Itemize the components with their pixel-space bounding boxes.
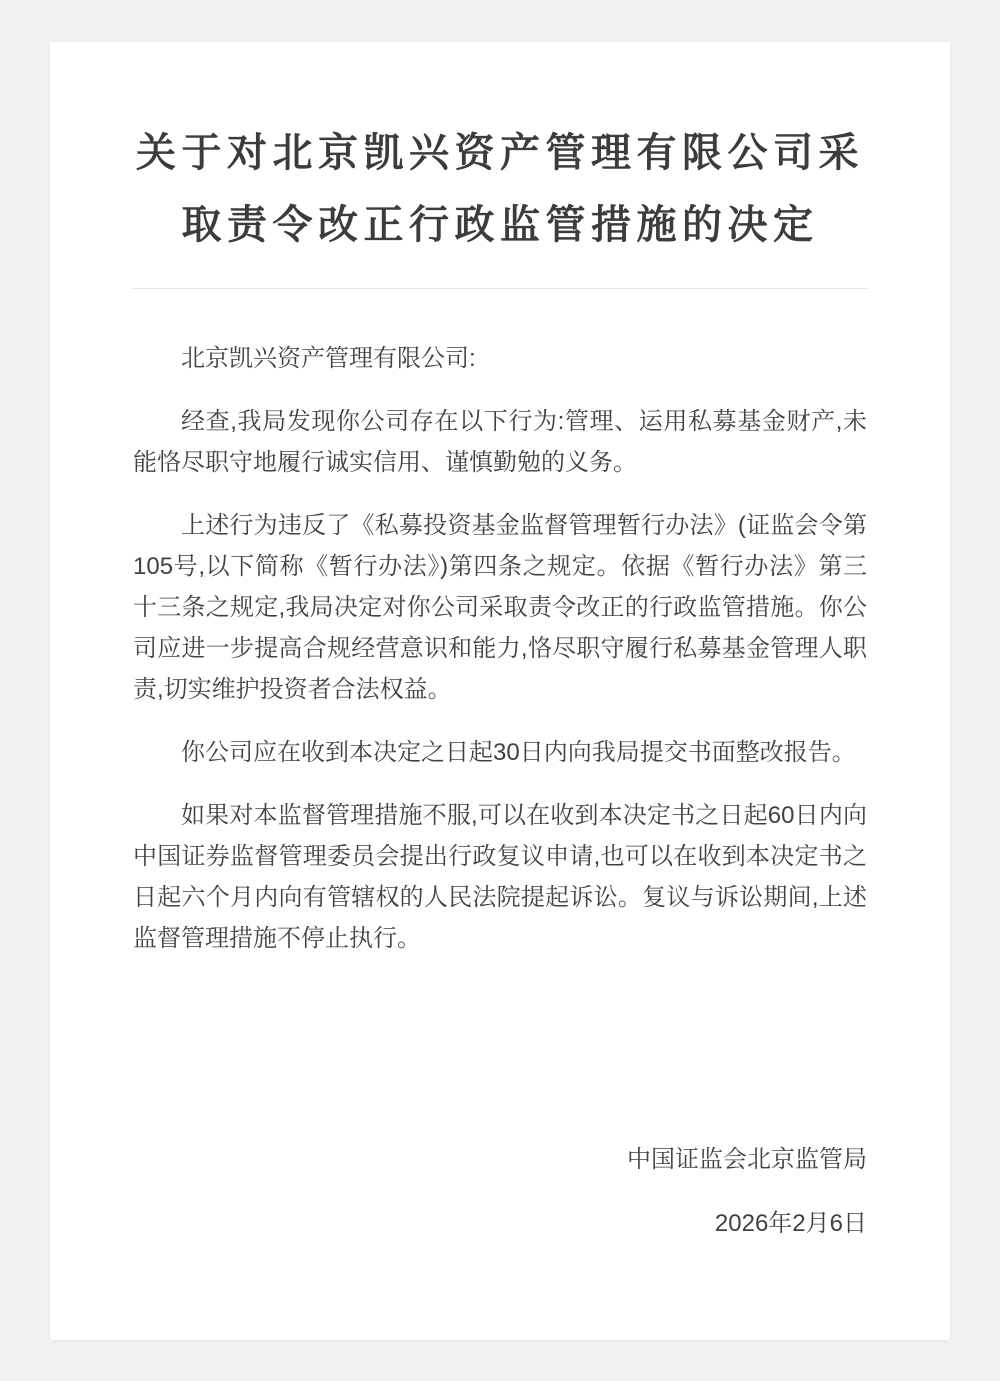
paragraph-rectification-deadline: 你公司应在收到本决定之日起30日内向我局提交书面整改报告。 xyxy=(133,732,867,773)
issue-date: 2026年2月6日 xyxy=(133,1203,867,1244)
document-title-line-2: 取责令改正行政监管措施的决定 xyxy=(133,189,867,261)
document-title: 关于对北京凯兴资产管理有限公司采 取责令改正行政监管措施的决定 xyxy=(133,117,867,261)
paragraph-appeal-rights: 如果对本监督管理措施不服,可以在收到本决定书之日起60日内向中国证券监督管理委员… xyxy=(133,795,867,959)
title-divider xyxy=(133,288,867,289)
paragraph-findings: 经查,我局发现你公司存在以下行为:管理、运用私募基金财产,未能恪尽职守地履行诚实… xyxy=(133,401,867,483)
salutation: 北京凯兴资产管理有限公司: xyxy=(133,338,867,379)
document-card: 关于对北京凯兴资产管理有限公司采 取责令改正行政监管措施的决定 北京凯兴资产管理… xyxy=(50,42,950,1340)
paragraph-legal-basis: 上述行为违反了《私募投资基金监督管理暂行办法》(证监会令第105号,以下简称《暂… xyxy=(133,505,867,710)
document-body: 北京凯兴资产管理有限公司: 经查,我局发现你公司存在以下行为:管理、运用私募基金… xyxy=(133,338,867,959)
issuer-signature: 中国证监会北京监管局 xyxy=(133,1139,867,1180)
signature-block: 中国证监会北京监管局 2026年2月6日 xyxy=(133,1139,867,1244)
page-background: 关于对北京凯兴资产管理有限公司采 取责令改正行政监管措施的决定 北京凯兴资产管理… xyxy=(0,0,1000,1381)
document-title-line-1: 关于对北京凯兴资产管理有限公司采 xyxy=(133,117,867,189)
